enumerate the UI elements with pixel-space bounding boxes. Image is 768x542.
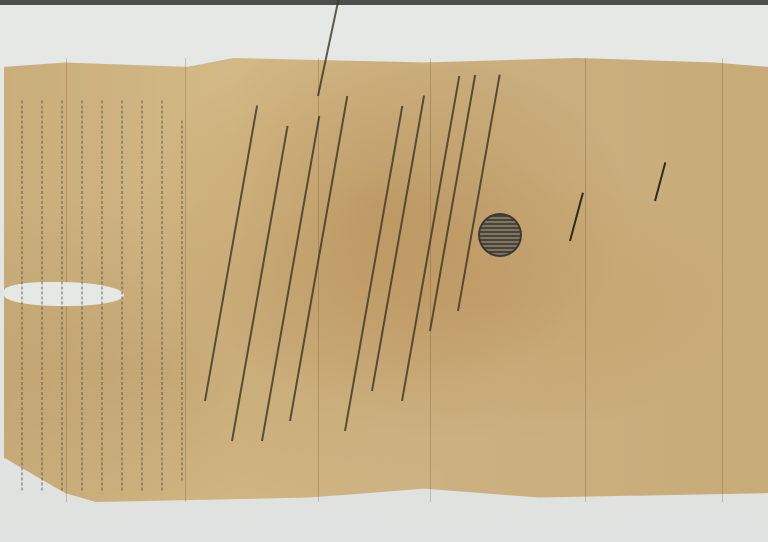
fold-line — [585, 58, 586, 502]
circular-seal — [478, 213, 522, 257]
fold-line — [430, 58, 431, 502]
manuscript-page — [4, 58, 768, 502]
fold-line — [185, 58, 186, 502]
fold-line — [722, 58, 723, 502]
fold-line — [66, 58, 67, 502]
